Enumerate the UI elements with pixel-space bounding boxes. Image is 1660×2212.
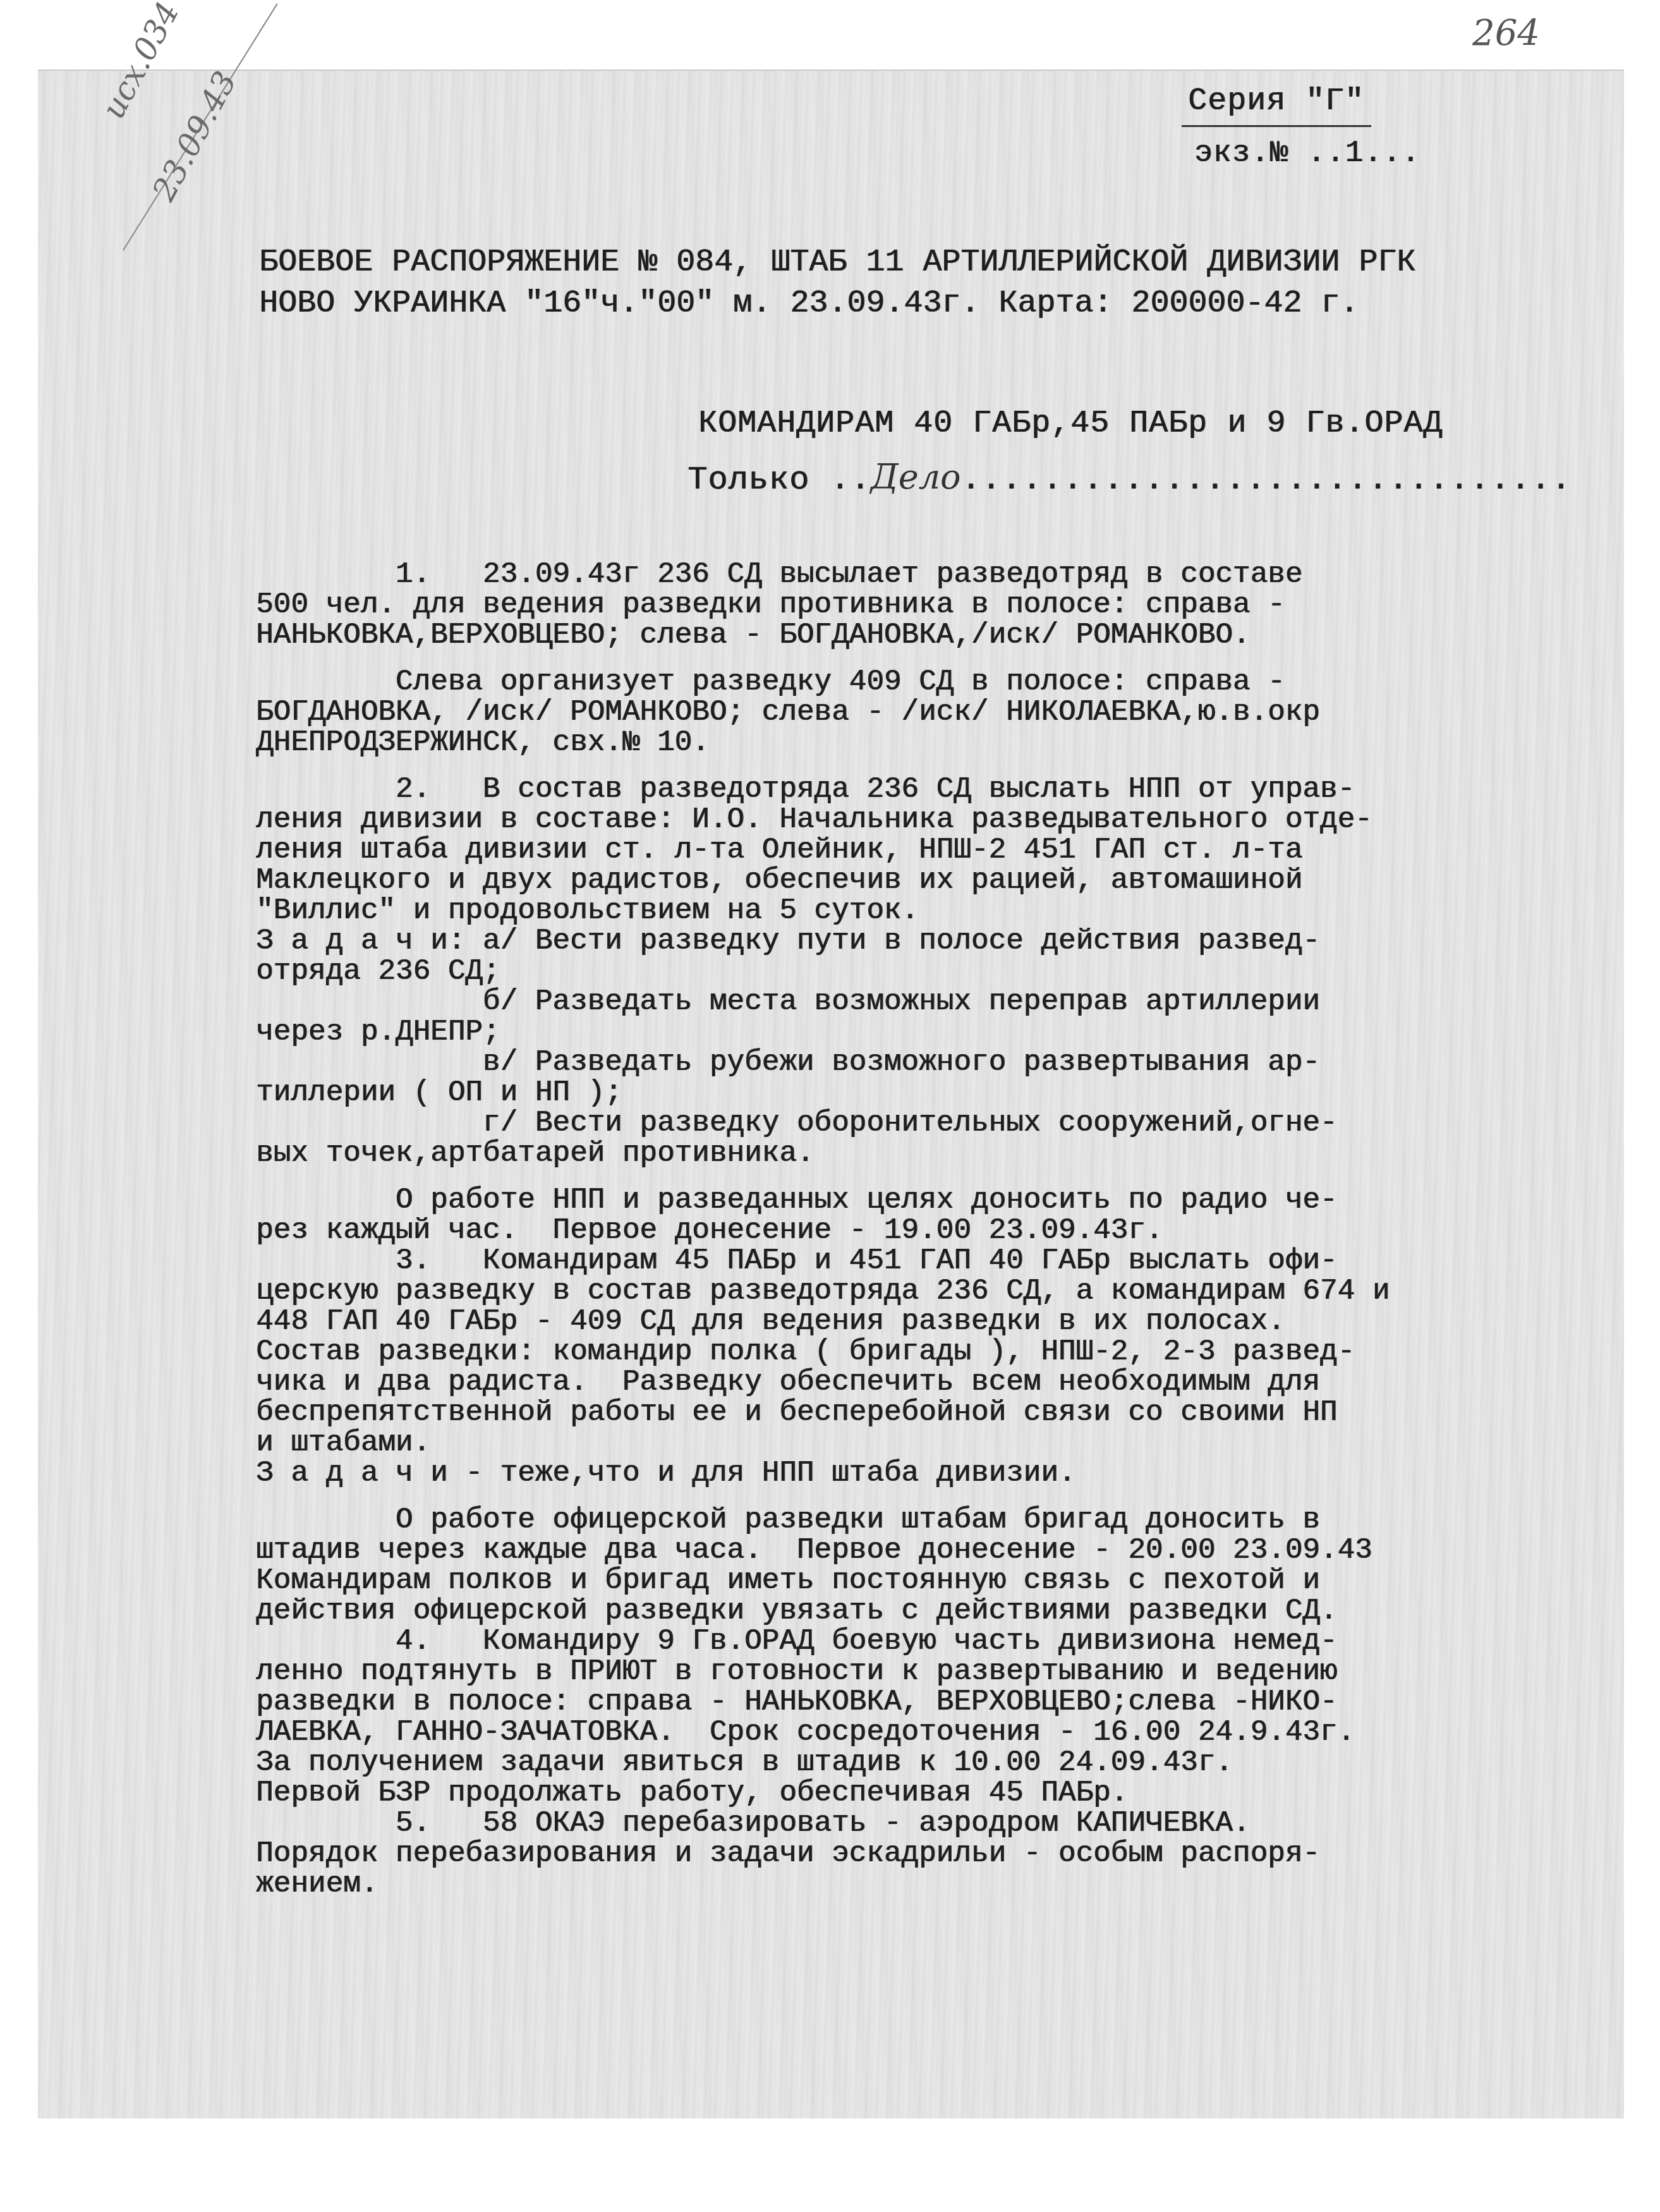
addressee-line: КОМАНДИРАМ 40 ГАБр,45 ПАБр и 9 Гв.ОРАД	[698, 404, 1443, 444]
body-text-line: За получением задачи явиться в штадив к …	[256, 1747, 1233, 1778]
body-text-line: Командирам полков и бригад иметь постоян…	[256, 1565, 1320, 1596]
body-text-line: действия офицерской разведки увязать с д…	[256, 1596, 1337, 1626]
body-text-line: З а д а ч и - теже,что и для НПП штаба д…	[256, 1458, 1075, 1488]
only-dots: ..............................	[961, 461, 1572, 499]
body-text-line: ления штаба дивизии ст. л-та Олейник, НП…	[256, 835, 1302, 865]
body-text-line: г/ Вести разведку оборонительных сооруже…	[256, 1108, 1337, 1138]
body-text-line: отряда 236 СД;	[256, 956, 500, 987]
body-text-line: З а д а ч и: а/ Вести разведку пути в по…	[256, 926, 1320, 956]
document-title-line-1: БОЕВОЕ РАСПОРЯЖЕНИЕ № 084, ШТАБ 11 АРТИЛ…	[259, 243, 1415, 283]
body-text-line: беспрепятственной работы ее и бесперебой…	[256, 1397, 1337, 1428]
body-text-line: ленно подтянуть в ПРИЮТ в готовности к р…	[256, 1656, 1337, 1687]
body-text-line: в/ Разведать рубежи возможного развертыв…	[256, 1047, 1320, 1078]
only-label: Только ..	[688, 461, 871, 499]
body-text-line: Маклецкого и двух радистов, обеспечив их…	[256, 865, 1302, 896]
body-text-line: через р.ДНЕПР;	[256, 1017, 500, 1047]
body-text-line: "Виллис" и продовольствием на 5 суток.	[256, 896, 919, 926]
body-text-line: Первой БЗР продолжать работу, обеспечива…	[256, 1778, 1128, 1808]
body-text-line: 448 ГАП 40 ГАБр - 409 СД для ведения раз…	[256, 1306, 1285, 1337]
body-text-line: 5. 58 ОКАЭ перебазировать - аэродром КАП…	[256, 1808, 1250, 1838]
body-text-line: 4. Командиру 9 Гв.ОРАД боевую часть диви…	[256, 1626, 1337, 1656]
body-text-line: О работе офицерской разведки штабам бриг…	[256, 1505, 1320, 1535]
body-text-line: 2. В состав разведотряда 236 СД выслать …	[256, 774, 1355, 805]
distribution-line: Только ..Дело...........................…	[682, 446, 1572, 500]
series-underline	[1182, 125, 1371, 127]
body-text-line: б/ Разведать места возможных переправ ар…	[256, 987, 1320, 1017]
document-title-line-2: НОВО УКРАИНКА "16"ч."00" м. 23.09.43г. К…	[259, 284, 1359, 324]
only-handwritten-file: Дело	[871, 457, 961, 497]
body-text-line: БОГДАНОВКА, /иск/ РОМАНКОВО; слева - /ис…	[256, 697, 1320, 727]
body-text-line: ления дивизии в составе: И.О. Начальника…	[256, 805, 1372, 835]
body-text-line: О работе НПП и разведанных целях доносит…	[256, 1185, 1337, 1215]
body-text-line: 1. 23.09.43г 236 СД высылает разведотряд…	[256, 559, 1302, 590]
body-text-line: 3. Командирам 45 ПАБр и 451 ГАП 40 ГАБр …	[256, 1246, 1337, 1276]
body-text-line: Состав разведки: командир полка ( бригад…	[256, 1337, 1355, 1367]
copy-number-label: экз.№ ..1...	[1194, 134, 1421, 173]
body-text-line: 500 чел. для ведения разведки противника…	[256, 590, 1285, 620]
body-text-line: ДНЕПРОДЗЕРЖИНСК, свх.№ 10.	[256, 727, 710, 758]
page-number-handwritten: 264	[1472, 13, 1540, 54]
body-text-line: чика и два радиста. Разведку обеспечить …	[256, 1367, 1320, 1397]
body-text-line: рез каждый час. Первое донесение - 19.00…	[256, 1215, 1163, 1246]
body-text-line: штадив через каждые два часа. Первое дон…	[256, 1535, 1372, 1565]
body-text-line: ЛАЕВКА, ГАННО-ЗАЧАТОВКА. Срок сосредоточ…	[256, 1717, 1355, 1747]
body-text-line: Порядок перебазирования и задачи эскадри…	[256, 1838, 1320, 1869]
body-text-line: жением.	[256, 1869, 378, 1899]
body-text-line: разведки в полосе: справа - НАНЬКОВКА, В…	[256, 1687, 1337, 1717]
body-text-line: НАНЬКОВКА,ВЕРХОВЦЕВО; слева - БОГДАНОВКА…	[256, 620, 1250, 650]
body-text-line: тиллерии ( ОП и НП );	[256, 1078, 622, 1108]
body-text-line: церскую разведку в состав разведотряда 2…	[256, 1276, 1390, 1306]
body-text-line: вых точек,артбатарей противника.	[256, 1138, 814, 1169]
body-text-line: Слева организует разведку 409 СД в полос…	[256, 667, 1285, 697]
series-label: Серия "Г"	[1188, 82, 1364, 121]
body-text-line: и штабами.	[256, 1428, 430, 1458]
